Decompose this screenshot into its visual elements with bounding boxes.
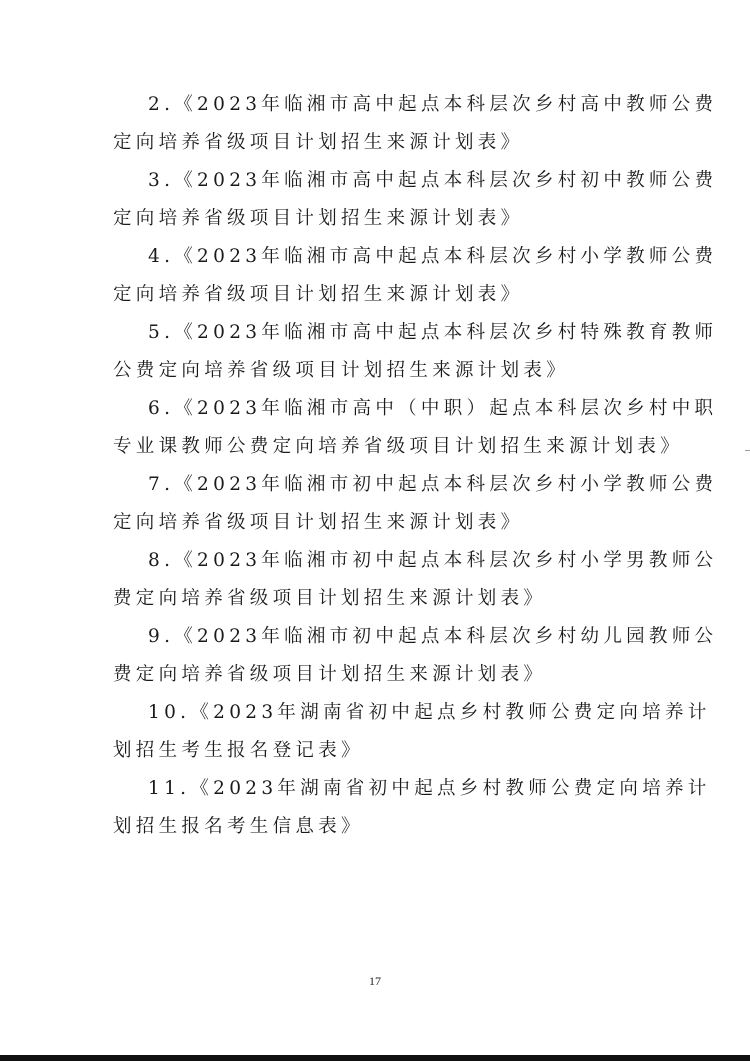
attachment-list: 2.《2023年临湘市高中起点本科层次乡村高中教师公费 定向培养省级项目计划招生… <box>113 86 635 846</box>
list-item: 4.《2023年临湘市高中起点本科层次乡村小学教师公费 定向培养省级项目计划招生… <box>113 238 635 314</box>
list-item-line: 4.《2023年临湘市高中起点本科层次乡村小学教师公费 <box>113 238 635 276</box>
list-item-line: 专业课教师公费定向培养省级项目计划招生来源计划表》 <box>113 428 635 466</box>
list-item: 11.《2023年湖南省初中起点乡村教师公费定向培养计 划招生报名考生信息表》 <box>113 770 635 846</box>
list-item-line: 划招生考生报名登记表》 <box>113 732 635 770</box>
list-item-line: 公费定向培养省级项目计划招生来源计划表》 <box>113 352 635 390</box>
scan-edge-mark <box>745 450 750 451</box>
list-item-line: 划招生报名考生信息表》 <box>113 808 635 846</box>
list-item-line: 10.《2023年湖南省初中起点乡村教师公费定向培养计 <box>113 694 635 732</box>
list-item: 8.《2023年临湘市初中起点本科层次乡村小学男教师公 费定向培养省级项目计划招… <box>113 542 635 618</box>
list-item-line: 定向培养省级项目计划招生来源计划表》 <box>113 276 635 314</box>
list-item-line: 2.《2023年临湘市高中起点本科层次乡村高中教师公费 <box>113 86 635 124</box>
list-item-line: 定向培养省级项目计划招生来源计划表》 <box>113 200 635 238</box>
list-item: 9.《2023年临湘市初中起点本科层次乡村幼儿园教师公 费定向培养省级项目计划招… <box>113 618 635 694</box>
list-item: 2.《2023年临湘市高中起点本科层次乡村高中教师公费 定向培养省级项目计划招生… <box>113 86 635 162</box>
page-number: 17 <box>0 974 750 989</box>
list-item-line: 11.《2023年湖南省初中起点乡村教师公费定向培养计 <box>113 770 635 808</box>
list-item: 3.《2023年临湘市高中起点本科层次乡村初中教师公费 定向培养省级项目计划招生… <box>113 162 635 238</box>
list-item: 5.《2023年临湘市高中起点本科层次乡村特殊教育教师 公费定向培养省级项目计划… <box>113 314 635 390</box>
list-item: 6.《2023年临湘市高中（中职）起点本科层次乡村中职 专业课教师公费定向培养省… <box>113 390 635 466</box>
list-item-line: 定向培养省级项目计划招生来源计划表》 <box>113 124 635 162</box>
list-item-line: 费定向培养省级项目计划招生来源计划表》 <box>113 656 635 694</box>
list-item: 7.《2023年临湘市初中起点本科层次乡村小学教师公费 定向培养省级项目计划招生… <box>113 466 635 542</box>
document-page: 2.《2023年临湘市高中起点本科层次乡村高中教师公费 定向培养省级项目计划招生… <box>0 0 750 1061</box>
list-item-line: 定向培养省级项目计划招生来源计划表》 <box>113 504 635 542</box>
page-bottom-border <box>0 1055 750 1061</box>
list-item-line: 7.《2023年临湘市初中起点本科层次乡村小学教师公费 <box>113 466 635 504</box>
list-item: 10.《2023年湖南省初中起点乡村教师公费定向培养计 划招生考生报名登记表》 <box>113 694 635 770</box>
list-item-line: 费定向培养省级项目计划招生来源计划表》 <box>113 580 635 618</box>
list-item-line: 9.《2023年临湘市初中起点本科层次乡村幼儿园教师公 <box>113 618 635 656</box>
list-item-line: 6.《2023年临湘市高中（中职）起点本科层次乡村中职 <box>113 390 635 428</box>
list-item-line: 3.《2023年临湘市高中起点本科层次乡村初中教师公费 <box>113 162 635 200</box>
list-item-line: 8.《2023年临湘市初中起点本科层次乡村小学男教师公 <box>113 542 635 580</box>
list-item-line: 5.《2023年临湘市高中起点本科层次乡村特殊教育教师 <box>113 314 635 352</box>
